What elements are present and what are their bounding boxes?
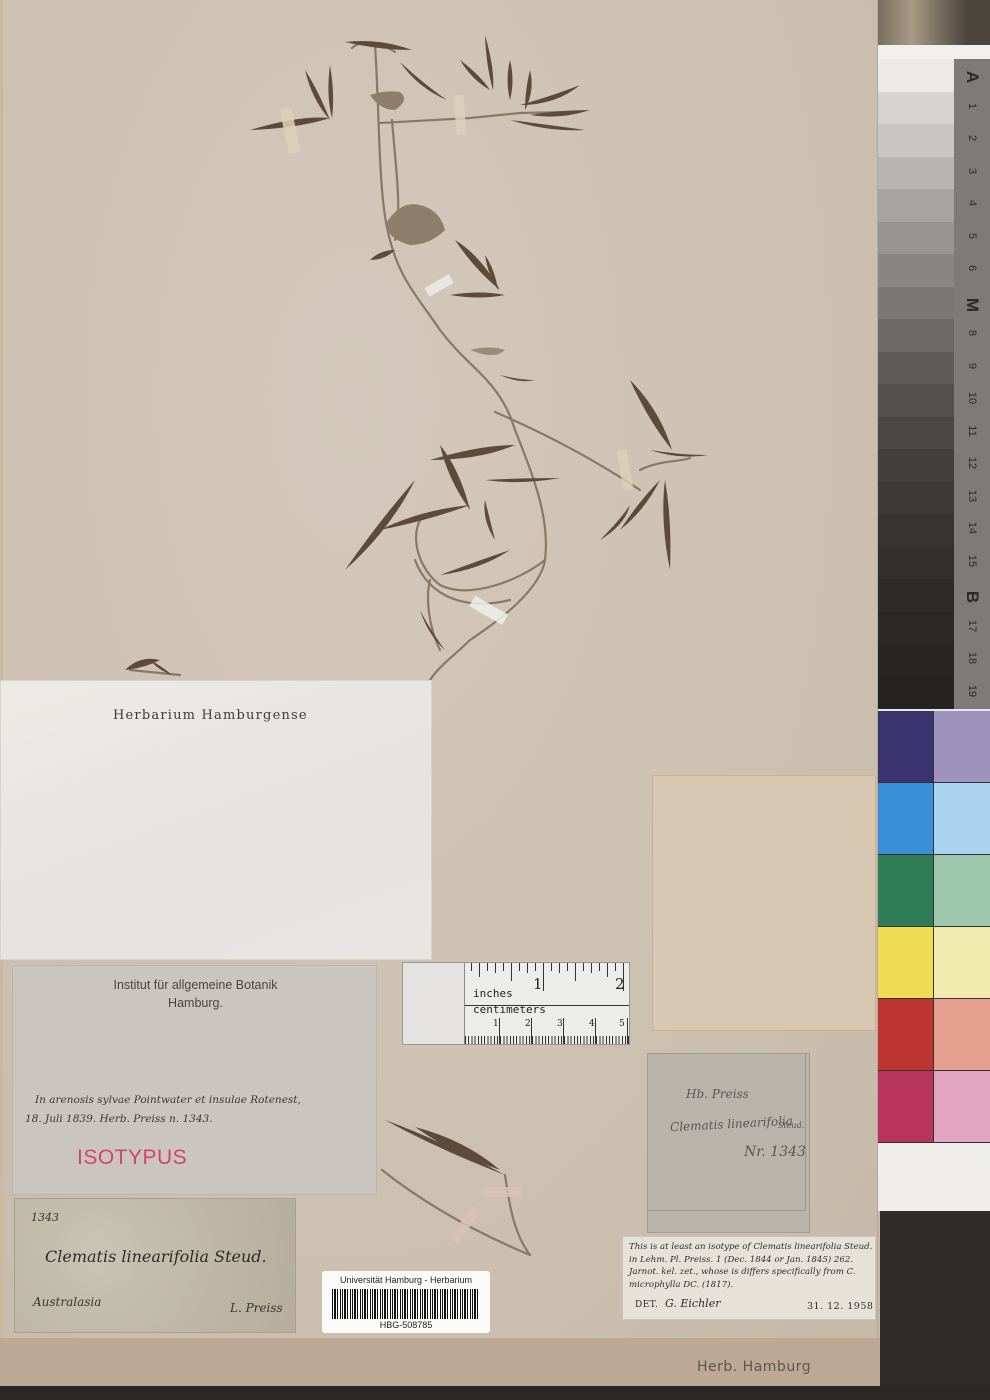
isotypus-stamp: ISOTYPUS: [77, 1146, 187, 1170]
locality-text: In arenosis sylvae Pointwater et insulae…: [35, 1094, 301, 1106]
color-swatch: [878, 855, 934, 926]
gray-step: [878, 222, 954, 255]
gray-step: [878, 319, 954, 352]
color-swatch: [878, 999, 934, 1070]
gray-scale-label: 5: [966, 218, 978, 254]
gray-step: [878, 449, 954, 482]
determination-label: This is at least an isotype of Clematis …: [622, 1236, 876, 1320]
gray-scale-steps: [878, 59, 954, 709]
color-swatch: [878, 711, 934, 782]
preiss-herbarium-name: Hb. Preiss: [686, 1087, 749, 1101]
white-patch: [878, 1143, 990, 1211]
barcode-label: Universität Hamburg - Herbarium HBG-5087…: [322, 1271, 490, 1333]
color-calibration-chart: A123456M89101112131415B171819: [878, 59, 990, 1079]
color-swatch: [878, 1071, 934, 1142]
gray-scale-labels: A123456M89101112131415B171819: [954, 59, 990, 709]
cm-mark-5: 5: [619, 1019, 625, 1029]
gray-scale-label: 10: [966, 380, 978, 416]
barcode-header: Universität Hamburg - Herbarium: [322, 1275, 490, 1285]
gray-step: [878, 287, 954, 320]
color-swatch-row: [878, 711, 990, 783]
region: Australasia: [33, 1295, 101, 1309]
gray-scale-label: 17: [966, 608, 978, 644]
cm-mark-4: 4: [589, 1019, 595, 1029]
gray-scale-label: 4: [966, 185, 978, 221]
color-swatch: [934, 927, 990, 998]
color-swatch: [934, 855, 990, 926]
gray-scale-label: 6: [966, 250, 978, 286]
gray-scale-label: 12: [966, 445, 978, 481]
gray-step: [878, 254, 954, 287]
gray-scale-label: 9: [966, 348, 978, 384]
color-swatches: [878, 711, 990, 1211]
collection-number: 1343: [31, 1211, 59, 1224]
gray-step: [878, 547, 954, 580]
barcode-number: HBG-508785: [322, 1320, 490, 1330]
fragment-packet: [652, 775, 876, 1031]
gray-step: [878, 677, 954, 710]
inch-mark-1: 1: [533, 975, 543, 993]
gray-step: [878, 59, 954, 92]
cm-mark-1: 1: [493, 1019, 499, 1029]
preiss-number: Nr. 1343: [744, 1144, 806, 1160]
color-swatch-row: [878, 999, 990, 1071]
barcode-icon: [332, 1289, 480, 1319]
herbarium-hamburgense-label: Herbarium Hamburgense: [0, 680, 432, 960]
taxon-name: Clematis linearifolia Steud.: [45, 1247, 267, 1266]
scale-ruler: inches 1 2 centimeters 1 2 3 4 5: [402, 962, 630, 1045]
preiss-author: Steud.: [778, 1121, 804, 1130]
gray-step: [878, 157, 954, 190]
det-prefix: DET.: [635, 1300, 658, 1310]
color-swatch-row: [878, 1071, 990, 1143]
gray-scale-label: 13: [966, 478, 978, 514]
preiss-herbarium-label: Hb. Preiss Clematis linearifolia Steud. …: [647, 1053, 810, 1233]
determiner-signature: G. Eichler: [665, 1297, 720, 1310]
gray-scale-label: 19: [966, 673, 978, 709]
gray-step: [878, 612, 954, 645]
color-chart-top-strip: [878, 45, 990, 59]
herb-hamburg-stamp: Herb. Hamburg: [697, 1359, 811, 1375]
gray-scale-label: 11: [966, 413, 978, 449]
gray-step: [878, 352, 954, 385]
gray-scale-label: 2: [966, 120, 978, 156]
color-swatch-row: [878, 783, 990, 855]
gray-scale-label: 14: [966, 510, 978, 546]
determination-date: 31. 12. 1958: [807, 1301, 873, 1312]
color-swatch: [934, 711, 990, 782]
ruler-scale: inches 1 2 centimeters 1 2 3 4 5: [465, 963, 629, 1044]
original-collector-label: 1343 Clematis linearifolia Steud. Austra…: [14, 1198, 296, 1333]
institute-city: Hamburg.: [13, 996, 378, 1010]
color-swatch: [878, 927, 934, 998]
color-swatch: [934, 1071, 990, 1142]
gray-step: [878, 92, 954, 125]
gray-step: [878, 644, 954, 677]
centimeters-label: centimeters: [473, 1003, 546, 1016]
color-swatch: [934, 999, 990, 1070]
institute-label: Institut für allgemeine Botanik Hamburg.…: [12, 965, 377, 1195]
gray-step: [878, 482, 954, 515]
color-swatch-row: [878, 855, 990, 927]
cm-mark-2: 2: [525, 1019, 531, 1029]
label-title: Herbarium Hamburgense: [113, 708, 308, 723]
color-swatch-row: [878, 927, 990, 999]
collection-date-text: 18. Juli 1839. Herb. Preiss n. 1343.: [25, 1113, 213, 1125]
determination-note: This is at least an isotype of Clematis …: [629, 1241, 875, 1291]
gray-step: [878, 384, 954, 417]
color-swatch: [878, 783, 934, 854]
gray-step: [878, 514, 954, 547]
inches-label: inches: [473, 987, 513, 1000]
gray-scale-label: 15: [966, 543, 978, 579]
cm-mark-3: 3: [557, 1019, 563, 1029]
color-swatch: [934, 783, 990, 854]
gray-scale-label: 8: [966, 315, 978, 351]
institute-name: Institut für allgemeine Botanik: [13, 978, 378, 992]
inch-mark-2: 2: [615, 975, 625, 993]
gray-step: [878, 417, 954, 450]
gray-scale-label: 1: [966, 88, 978, 124]
gray-step: [878, 579, 954, 612]
gray-scale-label: 3: [966, 153, 978, 189]
scan-bottom-edge: [0, 1386, 990, 1400]
gray-scale-label: 18: [966, 640, 978, 676]
ruler-blank-area: [403, 963, 465, 1044]
collector: L. Preiss: [230, 1301, 283, 1315]
gray-step: [878, 189, 954, 222]
scan-edge-top-right: [878, 0, 990, 45]
gray-step: [878, 124, 954, 157]
